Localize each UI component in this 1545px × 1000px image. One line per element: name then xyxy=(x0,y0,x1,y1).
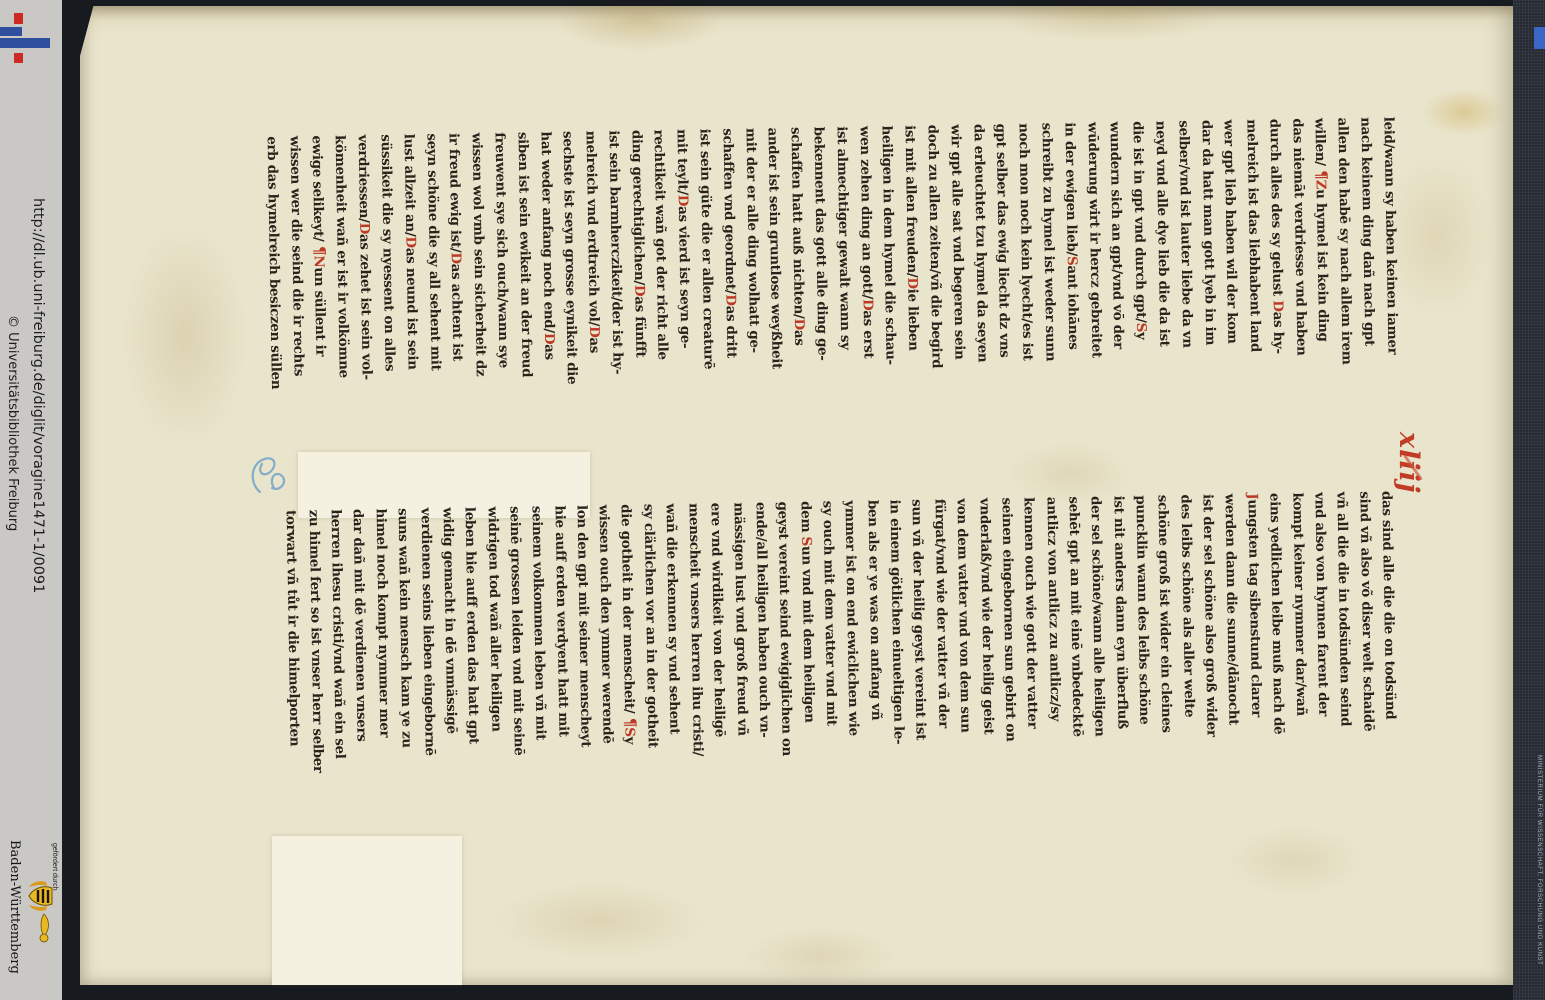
scanned-manuscript-page-view: { "margin": { "url": "http://dl.ub.uni-f… xyxy=(0,0,1545,1000)
scanner-margin: http://dl.ub.uni-freiburg.de/diglit/vora… xyxy=(0,0,62,1000)
registration-mark-red xyxy=(14,53,23,63)
paper-repair-patch xyxy=(272,836,462,985)
registration-mark-blue xyxy=(0,27,22,36)
registration-mark-red xyxy=(14,13,23,24)
registration-mark-blue xyxy=(0,38,50,48)
page-corner-damage xyxy=(80,6,96,56)
funding-region-label: Baden-Württemberg xyxy=(7,840,22,974)
text-column-2: das sind alle die die on todsündsind vñ … xyxy=(279,490,1403,854)
text-column-1: leid/wann sy haben keinen iamernach kein… xyxy=(259,116,1405,481)
blue-marker-snippet xyxy=(1534,27,1545,49)
blue-ink-mark xyxy=(248,448,294,500)
baden-wuerttemberg-coat-of-arms-icon xyxy=(26,880,56,946)
copyright-notice: © Universitätsbibliothek Freiburg xyxy=(5,315,20,531)
binding-edge-label: MINISTERIUM FÜR WISSENSCHAFT, FORSCHUNG … xyxy=(1536,755,1542,965)
text-column-1-lines: leid/wann sy haben keinen iamernach kein… xyxy=(259,116,1405,481)
source-url: http://dl.ub.uni-freiburg.de/diglit/vora… xyxy=(30,198,46,593)
text-column-2-lines: das sind alle die die on todsündsind vñ … xyxy=(279,490,1403,854)
